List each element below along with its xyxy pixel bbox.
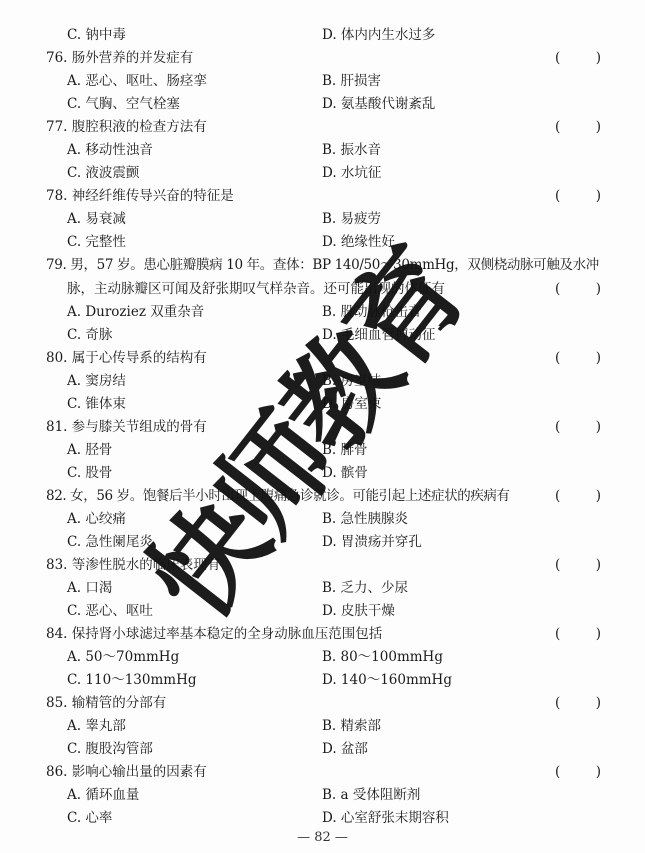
option-d: D. 皮肤干燥 (322, 600, 395, 622)
option-b: B. 80～100mmHg (322, 646, 443, 668)
answer-blank[interactable]: () (555, 278, 601, 300)
paren-open: ( (555, 623, 560, 645)
option-c: C. 锥体束 (67, 393, 126, 415)
option-c: C. 气胸、空气栓塞 (67, 93, 180, 115)
option-a: A. 窦房结 (67, 370, 126, 392)
answer-blank[interactable]: () (555, 485, 601, 507)
option-c: C. 钠中毒 (67, 24, 126, 46)
option-a: A. 移动性浊音 (67, 139, 153, 161)
question-stem: 76. 肠外营养的并发症有 (46, 47, 193, 69)
option-d: D. 绝缘性好 (322, 231, 395, 253)
paren-close: ) (596, 116, 601, 138)
question-76-options-ab: A. 恶心、呕吐、肠痉挛 B. 肝损害 (0, 70, 645, 92)
option-d: D. 心室舒张末期容积 (322, 807, 449, 829)
option-a: A. 胫骨 (67, 439, 112, 461)
option-d: D. 体内内生水过多 (322, 24, 435, 46)
question-79-options-cd: C. 奇脉 D. 毛细血管搏动征 (0, 324, 645, 346)
paren-open: ( (555, 692, 560, 714)
paren-close: ) (596, 761, 601, 783)
question-79-stem: 79. 男，57 岁。患心脏瓣膜病 10 年。查体：BP 140/50～30mm… (0, 254, 645, 276)
question-stem: 82. 女，56 岁。饱餐后半小时出现上腹痛急诊就诊。可能引起上述症状的疾病有 (46, 485, 510, 507)
question-stem: 81. 参与膝关节组成的骨有 (46, 416, 207, 438)
paren-close: ) (596, 692, 601, 714)
answer-blank[interactable]: () (555, 761, 601, 783)
option-d: D. 房室束 (322, 393, 381, 415)
option-b: B. 急性胰腺炎 (322, 508, 408, 530)
option-d: D. 毛细血管搏动征 (322, 324, 435, 346)
paren-close: ) (596, 623, 601, 645)
question-83-options-cd: C. 恶心、呕吐 D. 皮肤干燥 (0, 600, 645, 622)
question-84-options-cd: C. 110～130mmHg D. 140～160mmHg (0, 669, 645, 691)
question-81-options-cd: C. 股骨 D. 髌骨 (0, 462, 645, 484)
question-80-options-cd: C. 锥体束 D. 房室束 (0, 393, 645, 415)
question-86-options-ab: A. 循环血量 B. a 受体阻断剂 (0, 784, 645, 806)
paren-close: ) (596, 347, 601, 369)
option-a: A. 心绞痛 (67, 508, 126, 530)
page-number: — 82 — (0, 827, 645, 849)
option-a: A. 50～70mmHg (67, 646, 179, 668)
option-a: A. Duroziez 双重杂音 (67, 301, 204, 323)
question-84-options-ab: A. 50～70mmHg B. 80～100mmHg (0, 646, 645, 668)
paren-close: ) (596, 485, 601, 507)
question-79-stem-continued: 脉，主动脉瓣区可闻及舒张期叹气样杂音。还可能出现的体征有 () (0, 278, 645, 300)
question-stem: 84. 保持肾小球滤过率基本稳定的全身动脉血压范围包括 (46, 623, 382, 645)
question-82-options-cd: C. 急性阑尾炎 D. 胃溃疡并穿孔 (0, 531, 645, 553)
question-86-options-cd: C. 心率 D. 心室舒张末期容积 (0, 807, 645, 829)
option-c: C. 奇脉 (67, 324, 112, 346)
question-84-stem: 84. 保持肾小球滤过率基本稳定的全身动脉血压范围包括 () (0, 623, 645, 645)
answer-blank[interactable]: () (555, 185, 601, 207)
question-80-options-ab: A. 窦房结 B. 房室结 (0, 370, 645, 392)
answer-blank[interactable]: () (555, 116, 601, 138)
paren-open: ( (555, 485, 560, 507)
option-b: B. 振水音 (322, 139, 381, 161)
option-b: B. 房室结 (322, 370, 381, 392)
answer-blank[interactable]: () (555, 692, 601, 714)
paren-open: ( (555, 116, 560, 138)
paren-close: ) (596, 554, 601, 576)
question-77-options-ab: A. 移动性浊音 B. 振水音 (0, 139, 645, 161)
option-d: D. 140～160mmHg (322, 669, 452, 691)
question-stem: 79. 男，57 岁。患心脏瓣膜病 10 年。查体：BP 140/50～30mm… (46, 254, 599, 276)
option-a: A. 恶心、呕吐、肠痉挛 (67, 70, 207, 92)
question-78-options-ab: A. 易衰减 B. 易疲劳 (0, 208, 645, 230)
prev-question-options-cd: C. 钠中毒 D. 体内内生水过多 (0, 24, 645, 46)
option-c: C. 完整性 (67, 231, 126, 253)
question-79-options-ab: A. Duroziez 双重杂音 B. 股动脉枪击音 (0, 301, 645, 323)
option-a: A. 口渴 (67, 577, 112, 599)
option-d: D. 胃溃疡并穿孔 (322, 531, 422, 553)
question-77-stem: 77. 腹腔积液的检查方法有 () (0, 116, 645, 138)
answer-blank[interactable]: () (555, 554, 601, 576)
option-c: C. 液波震颤 (67, 162, 139, 184)
option-a: A. 睾丸部 (67, 715, 126, 737)
question-stem: 86. 影响心输出量的因素有 (46, 761, 207, 783)
question-82-stem: 82. 女，56 岁。饱餐后半小时出现上腹痛急诊就诊。可能引起上述症状的疾病有 … (0, 485, 645, 507)
question-83-stem: 83. 等渗性脱水的临床表现有 () (0, 554, 645, 576)
question-stem-continued: 脉，主动脉瓣区可闻及舒张期叹气样杂音。还可能出现的体征有 (67, 278, 445, 300)
question-78-stem: 78. 神经纤维传导兴奋的特征是 () (0, 185, 645, 207)
paren-close: ) (596, 47, 601, 69)
option-b: B. 精索部 (322, 715, 381, 737)
question-85-stem: 85. 输精管的分部有 () (0, 692, 645, 714)
option-d: D. 盆部 (322, 738, 368, 760)
paren-open: ( (555, 554, 560, 576)
paren-close: ) (596, 185, 601, 207)
option-b: B. 乏力、少尿 (322, 577, 408, 599)
question-77-options-cd: C. 液波震颤 D. 水坑征 (0, 162, 645, 184)
paren-open: ( (555, 278, 560, 300)
paren-close: ) (596, 278, 601, 300)
question-stem: 78. 神经纤维传导兴奋的特征是 (46, 185, 234, 207)
question-82-options-ab: A. 心绞痛 B. 急性胰腺炎 (0, 508, 645, 530)
question-stem: 85. 输精管的分部有 (46, 692, 166, 714)
option-c: C. 恶心、呕吐 (67, 600, 153, 622)
paren-open: ( (555, 185, 560, 207)
option-a: A. 循环血量 (67, 784, 139, 806)
exam-page: C. 钠中毒 D. 体内内生水过多 76. 肠外营养的并发症有 () A. 恶心… (0, 0, 645, 853)
question-85-options-ab: A. 睾丸部 B. 精索部 (0, 715, 645, 737)
question-81-stem: 81. 参与膝关节组成的骨有 () (0, 416, 645, 438)
option-d: D. 氨基酸代谢紊乱 (322, 93, 435, 115)
question-81-options-ab: A. 胫骨 B. 腓骨 (0, 439, 645, 461)
paren-open: ( (555, 47, 560, 69)
option-c: C. 股骨 (67, 462, 112, 484)
option-b: B. 腓骨 (322, 439, 368, 461)
answer-blank[interactable]: () (555, 623, 601, 645)
answer-blank[interactable]: () (555, 47, 601, 69)
option-d: D. 髌骨 (322, 462, 368, 484)
paren-open: ( (555, 416, 560, 438)
paren-close: ) (596, 416, 601, 438)
question-stem: 77. 腹腔积液的检查方法有 (46, 116, 207, 138)
answer-blank[interactable]: () (555, 416, 601, 438)
option-b: B. 易疲劳 (322, 208, 381, 230)
question-stem: 80. 属于心传导系的结构有 (46, 347, 207, 369)
option-b: B. 股动脉枪击音 (322, 301, 422, 323)
option-b: B. a 受体阻断剂 (322, 784, 420, 806)
question-83-options-ab: A. 口渴 B. 乏力、少尿 (0, 577, 645, 599)
question-stem: 83. 等渗性脱水的临床表现有 (46, 554, 220, 576)
option-c: C. 110～130mmHg (67, 669, 196, 691)
option-c: C. 腹股沟管部 (67, 738, 153, 760)
option-d: D. 水坑征 (322, 162, 381, 184)
paren-open: ( (555, 761, 560, 783)
option-a: A. 易衰减 (67, 208, 126, 230)
option-c: C. 心率 (67, 807, 112, 829)
paren-open: ( (555, 347, 560, 369)
option-c: C. 急性阑尾炎 (67, 531, 153, 553)
question-80-stem: 80. 属于心传导系的结构有 () (0, 347, 645, 369)
question-78-options-cd: C. 完整性 D. 绝缘性好 (0, 231, 645, 253)
option-b: B. 肝损害 (322, 70, 381, 92)
question-76-stem: 76. 肠外营养的并发症有 () (0, 47, 645, 69)
answer-blank[interactable]: () (555, 347, 601, 369)
question-85-options-cd: C. 腹股沟管部 D. 盆部 (0, 738, 645, 760)
question-86-stem: 86. 影响心输出量的因素有 () (0, 761, 645, 783)
question-76-options-cd: C. 气胸、空气栓塞 D. 氨基酸代谢紊乱 (0, 93, 645, 115)
